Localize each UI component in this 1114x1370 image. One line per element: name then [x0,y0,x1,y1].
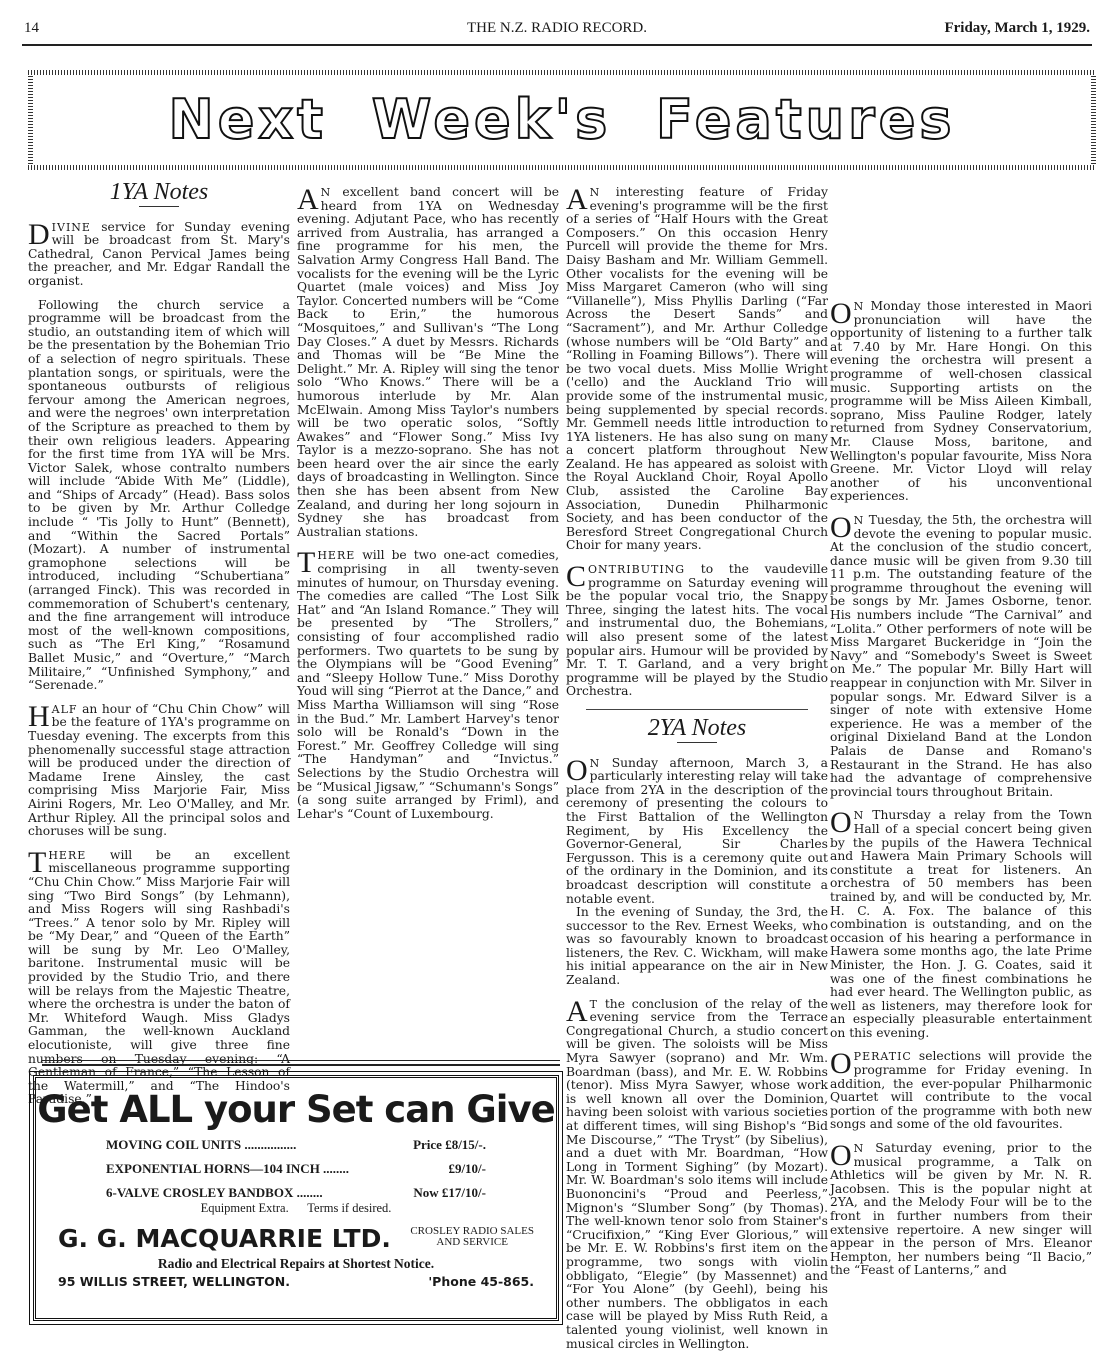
article-paragraph: AT the conclusion of the relay of the ev… [566,998,828,1351]
advertisement: Get ALL your Set can Give MOVING COIL UN… [33,1075,559,1321]
features-banner: Next Week's Features [24,66,1100,174]
article-paragraph: AN interesting feature of Friday evening… [566,186,828,553]
column-2: AN excellent band concert will be heard … [297,186,559,831]
phone: 'Phone 45-865. [428,1274,534,1289]
advert-footer: 95 WILLIS STREET, WELLINGTON. 'Phone 45-… [58,1274,534,1294]
article-paragraph: ON Sunday afternoon, March 3, a particul… [566,757,828,907]
article-paragraph: ON Tuesday, the 5th, the orchestra will … [830,514,1092,799]
advert-item: MOVING COIL UNITS ................Price … [96,1137,496,1161]
section-heading-2ya: 2YA Notes [566,722,828,736]
article-paragraph: OPERATIC selections will provide the pro… [830,1050,1092,1132]
advert-company-row: G. G. MACQUARRIE LTD. CROSLEY RADIO SALE… [58,1224,534,1258]
advert-headline: Get ALL your Set can Give [36,1088,556,1131]
article-paragraph: HALF an hour of “Chu Chin Chow” will be … [28,703,290,839]
divider [139,206,179,207]
publication-title: THE N.Z. RADIO RECORD. [22,20,1092,37]
issue-date: Friday, March 1, 1929. [944,20,1090,37]
article-paragraph: DIVINE service for Sunday evening will b… [28,221,290,289]
service-tagline: CROSLEY RADIO SALESAND SERVICE [410,1226,534,1248]
advert-item: EXPONENTIAL HORNS—104 INCH ........£9/10… [96,1161,496,1185]
article-paragraph: ON Monday those interested in Maori pron… [830,300,1092,504]
column-3: AN interesting feature of Friday evening… [566,186,828,1361]
company-name: G. G. MACQUARRIE LTD. [58,1224,391,1253]
advert-item: 6-VALVE CROSLEY BANDBOX ........Now £17/… [96,1185,496,1209]
article-paragraph: ON Saturday evening, prior to the musica… [830,1142,1092,1278]
repairs-line: Radio and Electrical Repairs at Shortest… [36,1256,556,1272]
page-header: 14 THE N.Z. RADIO RECORD. Friday, March … [22,16,1092,46]
divider [677,742,717,743]
column-4: ON Monday those interested in Maori pron… [830,300,1092,1288]
advert-top-rule [42,1060,560,1066]
section-heading-1ya: 1YA Notes [28,186,290,200]
column-1: 1YA Notes DIVINE service for Sunday even… [28,180,290,1117]
article-paragraph: Following the church service a programme… [28,299,290,693]
article-paragraph: ON Thursday a relay from the Town Hall o… [830,809,1092,1040]
article-paragraph: THERE will be two one-act comedies, comp… [297,549,559,821]
banner-title: Next Week's Features [28,70,1096,170]
article-paragraph: CONTRIBUTING to the vaudeville programme… [566,563,828,699]
address: 95 WILLIS STREET, WELLINGTON. [58,1274,290,1289]
article-paragraph: THERE will be an excellent miscellaneous… [28,849,290,1107]
section-divider [586,709,808,710]
article-paragraph: In the evening of Sunday, the 3rd, the s… [566,906,828,988]
article-paragraph: AN excellent band concert will be heard … [297,186,559,539]
